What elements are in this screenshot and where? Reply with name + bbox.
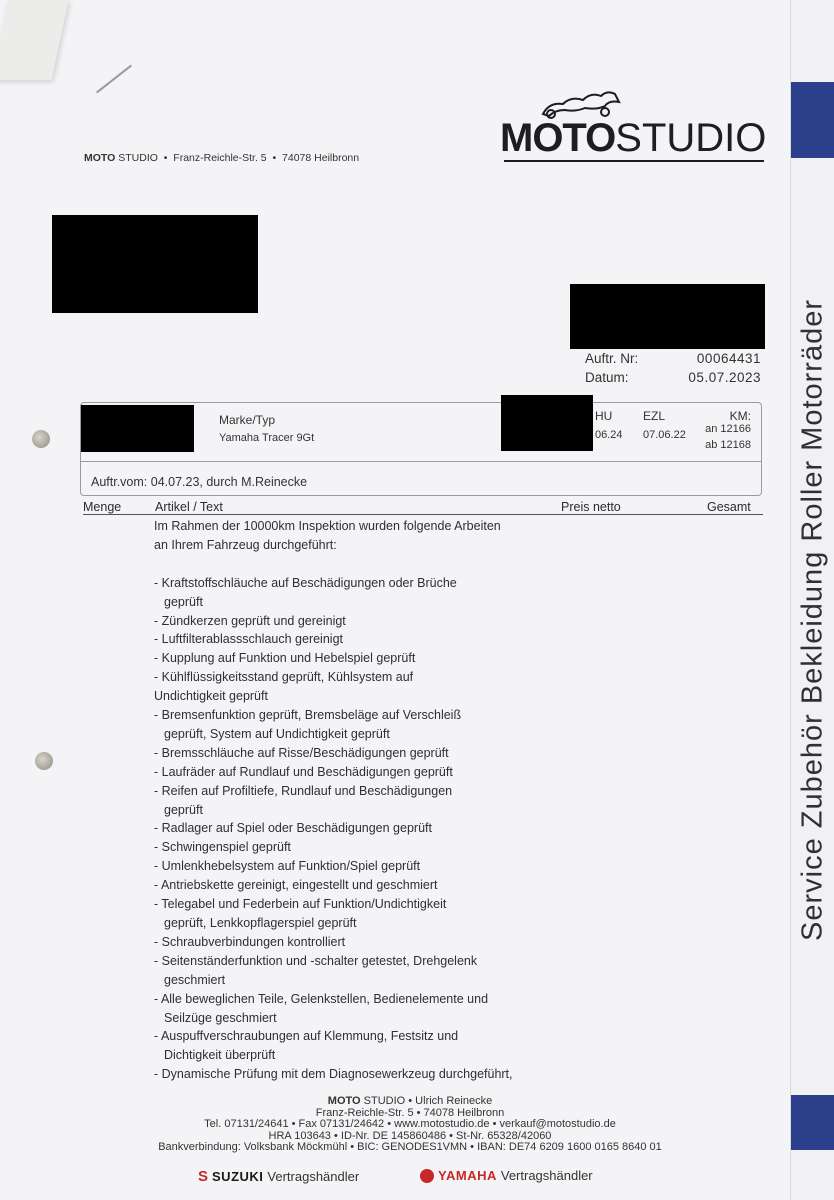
- yamaha-dealer-badge: YAMAHA Vertragshändler: [420, 1168, 593, 1183]
- side-categories-text: Service Zubehör Bekleidung Roller Motorr…: [797, 299, 830, 941]
- col-net-price: Preis netto: [561, 500, 621, 514]
- col-article: Artikel / Text: [155, 500, 223, 514]
- sender-brand-light: STUDIO: [118, 152, 158, 164]
- work-item-line: - Kühlflüssigkeitsstand geprüft, Kühlsys…: [154, 668, 574, 687]
- sender-brand-bold: MOTO: [84, 152, 115, 164]
- work-item-line: geprüft, System auf Undichtigkeit geprüf…: [154, 725, 574, 744]
- work-item-line: [154, 555, 574, 574]
- work-item-line: geprüft: [154, 593, 574, 612]
- work-item-line: - Schraubverbindungen kontrolliert: [154, 933, 574, 952]
- km-out: ab 12168: [691, 439, 751, 451]
- hu-date: 06.24: [595, 429, 623, 441]
- work-item-line: - Antriebskette gereinigt, eingestellt u…: [154, 876, 574, 895]
- work-description: Im Rahmen der 10000km Inspektion wurden …: [154, 517, 574, 1084]
- footer-brand: MOTO: [328, 1095, 361, 1107]
- suzuki-dealer-badge: S SUZUKI Vertragshändler: [198, 1168, 359, 1185]
- work-item-line: - Bremsschläuche auf Risse/Beschädigunge…: [154, 744, 574, 763]
- work-item-line: - Kraftstoffschläuche auf Beschädigungen…: [154, 574, 574, 593]
- footer-owner: STUDIO • Ulrich Reinecke: [364, 1095, 493, 1107]
- make-type: Yamaha Tracer 9Gt: [219, 432, 314, 444]
- work-item-line: - Schwingenspiel geprüft: [154, 838, 574, 857]
- sender-street: Franz-Reichle-Str. 5: [173, 152, 266, 164]
- hu-label: HU: [595, 409, 612, 423]
- logo-moto: MOTO: [500, 116, 615, 160]
- order-number-label: Auftr. Nr:: [585, 351, 675, 370]
- staple-mark: [96, 65, 132, 94]
- suzuki-logo-icon: S: [198, 1168, 208, 1185]
- work-item-line: - Bremsenfunktion geprüft, Bremsbeläge a…: [154, 706, 574, 725]
- order-received-info: Auftr.vom: 04.07.23, durch M.Reinecke: [91, 475, 307, 489]
- date-label: Datum:: [585, 370, 675, 389]
- work-item-line: geprüft, Lenkkopflagerspiel geprüft: [154, 914, 574, 933]
- sender-address-line: MOTO STUDIO • Franz-Reichle-Str. 5 • 740…: [84, 152, 359, 164]
- ezl-date: 07.06.22: [643, 429, 686, 441]
- work-item-line: - Zündkerzen geprüft und gereinigt: [154, 612, 574, 631]
- col-total: Gesamt: [707, 500, 751, 514]
- yamaha-brand: YAMAHA: [438, 1168, 497, 1183]
- order-number: 00064431: [675, 351, 761, 370]
- sender-sep: •: [164, 152, 168, 164]
- vehicle-box-divider: [81, 461, 761, 462]
- work-item-line: - Seitenständerfunktion und -schalter ge…: [154, 952, 574, 971]
- redacted-vin: [501, 395, 593, 451]
- work-item-line: - Kupplung auf Funktion und Hebelspiel g…: [154, 649, 574, 668]
- vehicle-info-box: Marke/Typ Yamaha Tracer 9Gt HU 06.24 EZL…: [80, 402, 762, 496]
- suzuki-dealer-label: Vertragshändler: [267, 1169, 359, 1184]
- footer-bank: Bankverbindung: Volksbank Möckmühl • BIC…: [110, 1142, 710, 1154]
- side-category-strip: Service Zubehör Bekleidung Roller Motorr…: [790, 0, 834, 1200]
- km-in: an 12166: [691, 423, 751, 435]
- work-item-line: - Umlenkhebelsystem auf Funktion/Spiel g…: [154, 857, 574, 876]
- punch-hole-top: [32, 430, 50, 448]
- work-item-line: - Radlager auf Spiel oder Beschädigungen…: [154, 819, 574, 838]
- sender-sep: •: [273, 152, 277, 164]
- work-item-line: Dichtigkeit überprüft: [154, 1046, 574, 1065]
- work-item-line: - Luftfilterablassschlauch gereinigt: [154, 630, 574, 649]
- work-item-line: - Alle beweglichen Teile, Gelenkstellen,…: [154, 990, 574, 1009]
- work-item-line: - Laufräder auf Rundlauf und Beschädigun…: [154, 763, 574, 782]
- yamaha-logo-icon: [420, 1169, 434, 1183]
- work-item-line: Seilzüge geschmiert: [154, 1009, 574, 1028]
- items-table-header: Menge Artikel / Text Preis netto Gesamt: [83, 498, 763, 515]
- invoice-page: MOTOSTUDIO MOTO STUDIO • Franz-Reichle-S…: [0, 0, 790, 1200]
- logo-underline: [504, 160, 764, 162]
- make-type-label: Marke/Typ: [219, 413, 275, 427]
- work-item-line: - Auspuffverschraubungen auf Klemmung, F…: [154, 1027, 574, 1046]
- side-accent-bottom: [791, 1095, 834, 1150]
- ezl-label: EZL: [643, 409, 665, 423]
- order-date: 05.07.2023: [675, 370, 761, 389]
- work-item-line: an Ihrem Fahrzeug durchgeführt:: [154, 536, 574, 555]
- redacted-customer-info: [570, 284, 765, 349]
- suzuki-brand: SUZUKI: [212, 1169, 263, 1184]
- work-item-line: - Dynamische Prüfung mit dem Diagnosewer…: [154, 1065, 574, 1084]
- col-qty: Menge: [83, 500, 121, 514]
- km-label: KM:: [721, 409, 751, 423]
- order-meta: Auftr. Nr: 00064431 Datum: 05.07.2023: [585, 351, 761, 389]
- work-item-line: - Reifen auf Profiltiefe, Rundlauf und B…: [154, 782, 574, 801]
- side-accent-top: [791, 82, 834, 158]
- redacted-recipient-address: [52, 215, 258, 313]
- redacted-license-plate: [81, 405, 194, 452]
- work-item-line: Im Rahmen der 10000km Inspektion wurden …: [154, 517, 574, 536]
- work-item-line: Undichtigkeit geprüft: [154, 687, 574, 706]
- motostudio-logo: MOTOSTUDIO: [500, 88, 765, 163]
- work-item-line: - Telegabel und Federbein auf Funktion/U…: [154, 895, 574, 914]
- yamaha-dealer-label: Vertragshändler: [501, 1168, 593, 1183]
- company-footer: MOTO STUDIO • Ulrich Reinecke Franz-Reic…: [110, 1096, 710, 1154]
- work-item-line: geprüft: [154, 801, 574, 820]
- logo-studio: STUDIO: [615, 116, 766, 160]
- work-item-line: geschmiert: [154, 971, 574, 990]
- punch-hole-bottom: [35, 752, 53, 770]
- paper-scrap: [0, 0, 69, 80]
- sender-city: 74078 Heilbronn: [282, 152, 359, 164]
